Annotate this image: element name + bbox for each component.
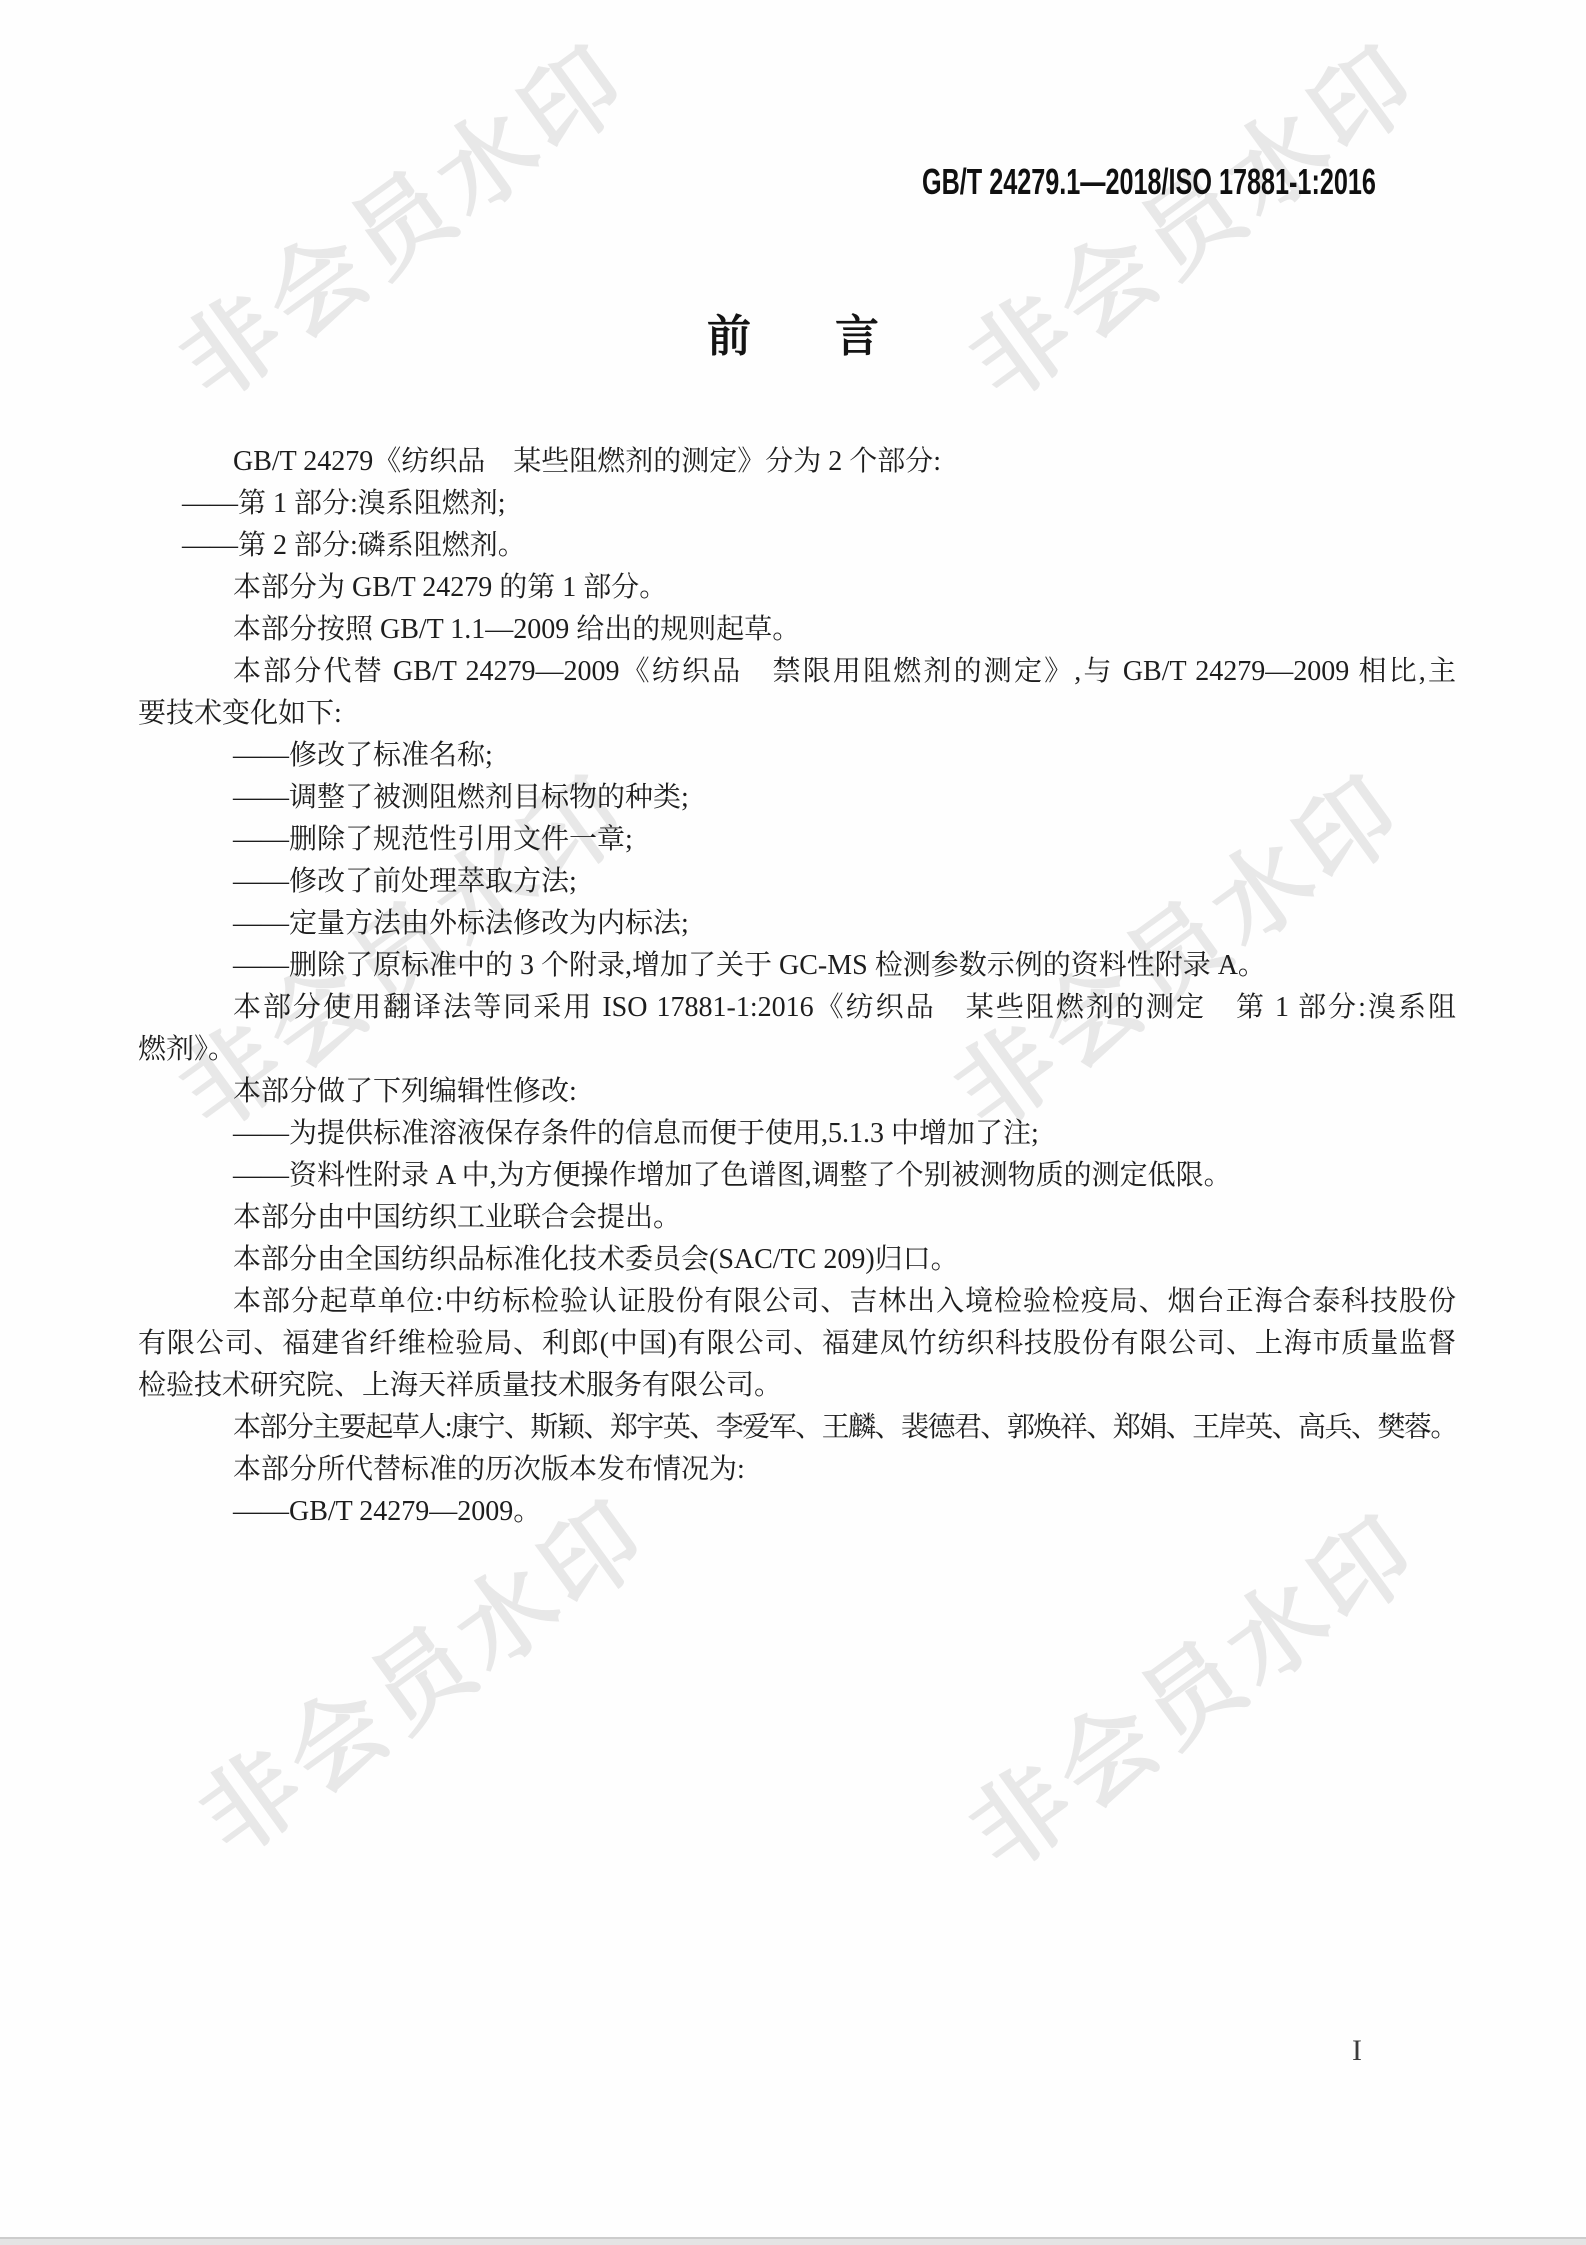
body-line: 燃剂》。 [138, 1029, 1456, 1071]
body-line: ——删除了原标准中的 3 个附录,增加了关于 GC-MS 检测参数示例的资料性附… [138, 945, 1456, 987]
body-line: 有限公司、福建省纤维检验局、利郎(中国)有限公司、福建凤竹纺织科技股份有限公司、… [138, 1323, 1456, 1365]
page-title: 前言 [0, 300, 1586, 364]
body-line: 检验技术研究院、上海天祥质量技术服务有限公司。 [138, 1365, 1456, 1407]
body-line: ——修改了标准名称; [138, 735, 1456, 777]
title-char-second: 言 [835, 312, 879, 361]
body-line: 本部分起草单位:中纺标检验认证股份有限公司、吉林出入境检验检疫局、烟台正海合泰科… [138, 1281, 1456, 1323]
body-line: ——GB/T 24279—2009。 [138, 1491, 1456, 1533]
body-line: 本部分主要起草人:康宁、斯颖、郑宇英、李爱军、王麟、裴德君、郭焕祥、郑娟、王岸英… [138, 1407, 1456, 1449]
member-watermark: 非会员水印 [936, 1474, 1443, 1896]
body-line: GB/T 24279《纺织品 某些阻燃剂的测定》分为 2 个部分: [138, 441, 1456, 483]
body-line: 本部分所代替标准的历次版本发布情况为: [138, 1449, 1456, 1491]
document-page: { "document": { "header_code": "GB/T 242… [0, 0, 1586, 2245]
body-line: 本部分由全国纺织品标准化技术委员会(SAC/TC 209)归口。 [138, 1239, 1456, 1281]
title-char-first: 前 [707, 312, 751, 361]
body-line: 本部分使用翻译法等同采用 ISO 17881-1:2016《纺织品 某些阻燃剂的… [138, 987, 1456, 1029]
body-line: 本部分代替 GB/T 24279—2009《纺织品 禁限用阻燃剂的测定》,与 G… [138, 651, 1456, 693]
body-line: 本部分按照 GB/T 1.1—2009 给出的规则起草。 [138, 609, 1456, 651]
body-line: ——定量方法由外标法修改为内标法; [138, 903, 1456, 945]
body-line: ——为提供标准溶液保存条件的信息而便于使用,5.1.3 中增加了注; [138, 1113, 1456, 1155]
body-line: ——第 2 部分:磷系阻燃剂。 [138, 525, 1456, 567]
body-line: ——调整了被测阻燃剂目标物的种类; [138, 777, 1456, 819]
body-line: 本部分做了下列编辑性修改: [138, 1071, 1456, 1113]
body-line: 本部分由中国纺织工业联合会提出。 [138, 1197, 1456, 1239]
page-number: I [1352, 2034, 1362, 2068]
foreword-body: GB/T 24279《纺织品 某些阻燃剂的测定》分为 2 个部分:——第 1 部… [138, 441, 1456, 1533]
scan-edge [0, 2237, 1586, 2245]
body-line: 本部分为 GB/T 24279 的第 1 部分。 [138, 567, 1456, 609]
body-line: ——修改了前处理萃取方法; [138, 861, 1456, 903]
body-line: ——第 1 部分:溴系阻燃剂; [138, 483, 1456, 525]
body-line: ——资料性附录 A 中,为方便操作增加了色谱图,调整了个别被测物质的测定低限。 [138, 1155, 1456, 1197]
standard-code-header: GB/T 24279.1—2018/ISO 17881-1:2016 [922, 161, 1376, 203]
body-line: ——删除了规范性引用文件一章; [138, 819, 1456, 861]
body-line: 要技术变化如下: [138, 693, 1456, 735]
